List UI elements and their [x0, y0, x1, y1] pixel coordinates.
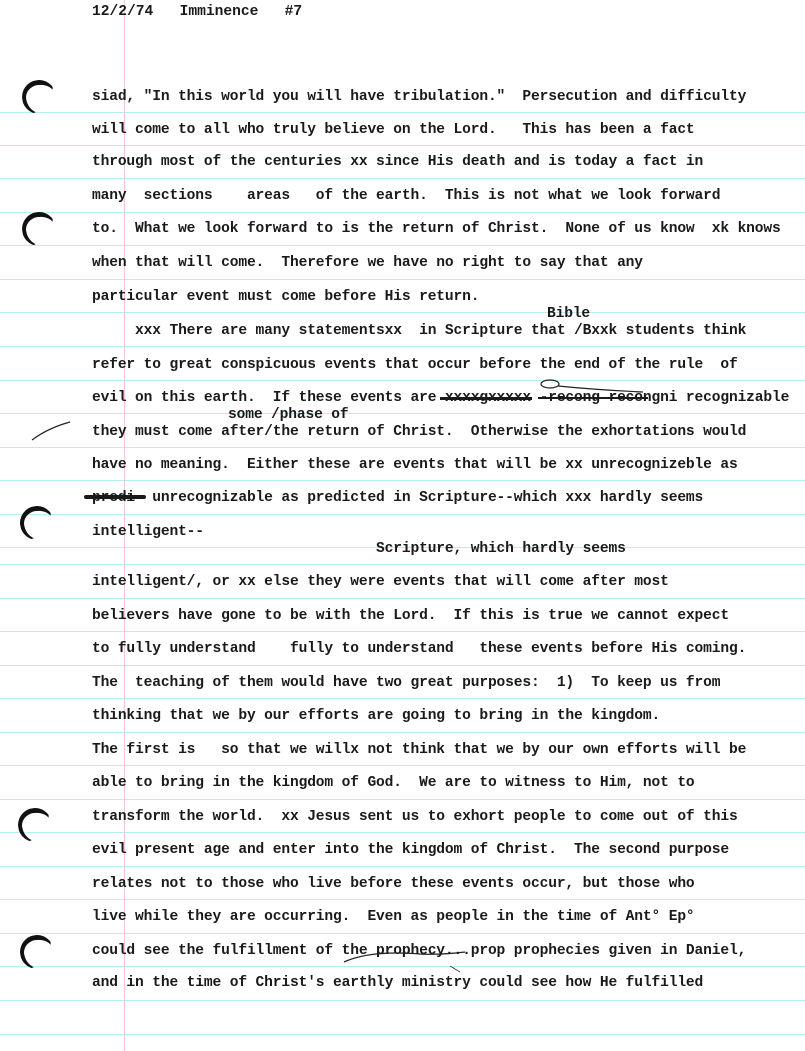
ruled-line	[0, 933, 805, 934]
text-line: transform the world. xx Jesus sent us to…	[92, 809, 738, 825]
text-line: xxx There are many statementsxx in Scrip…	[92, 323, 746, 339]
ruled-line	[0, 765, 805, 766]
ruled-line	[0, 899, 805, 900]
ruled-line	[0, 564, 805, 565]
text-line: Scripture, which hardly seems	[92, 541, 626, 557]
text-line: evil present age and enter into the king…	[92, 842, 729, 858]
ruled-line	[0, 631, 805, 632]
ruled-line	[0, 279, 805, 280]
ruled-line	[0, 112, 805, 113]
insert-some-phase-of: some /phase of	[228, 407, 349, 423]
text-line: believers have gone to be with the Lord.…	[92, 608, 729, 624]
ruled-line	[0, 346, 805, 347]
ruled-line	[0, 413, 805, 414]
ruled-line	[0, 866, 805, 867]
text-line: have no meaning. Either these are events…	[92, 457, 738, 473]
ruled-line	[0, 145, 805, 146]
punch-hole-icon	[17, 503, 56, 542]
text-line: The first is so that we willx not think …	[92, 742, 746, 758]
ruled-line	[0, 665, 805, 666]
ruled-line	[0, 447, 805, 448]
text-line: relates not to those who live before the…	[92, 876, 695, 892]
text-line: The teaching of them would have two grea…	[92, 675, 720, 691]
strikeout-mark	[440, 397, 532, 400]
strikeout-mark	[84, 495, 146, 499]
text-line: to fully understand fully to understand …	[92, 641, 746, 657]
ruled-line	[0, 245, 805, 246]
document-page: 12/2/74 Imminence #7 Bible some /phase o…	[0, 0, 805, 1051]
punch-hole-icon	[15, 805, 54, 844]
ruled-line	[0, 1000, 805, 1001]
punch-hole-icon	[19, 77, 58, 116]
text-line: when that will come. Therefore we have n…	[92, 255, 643, 271]
text-line: to. What we look forward to is the retur…	[92, 221, 781, 237]
text-line: live while they are occurring. Even as p…	[92, 909, 695, 925]
text-line: able to bring in the kingdom of God. We …	[92, 775, 695, 791]
ruled-line	[0, 312, 805, 313]
ruled-line	[0, 799, 805, 800]
ruled-line	[0, 178, 805, 179]
punch-hole-icon	[19, 209, 58, 248]
page-header: 12/2/74 Imminence #7	[92, 4, 302, 20]
scribble-mark-icon	[340, 944, 470, 976]
ruled-line	[0, 598, 805, 599]
text-line: will come to all who truly believe on th…	[92, 122, 695, 138]
ruled-line	[0, 480, 805, 481]
ruled-line	[0, 212, 805, 213]
text-line: they must come after/the return of Chris…	[92, 424, 746, 440]
scribble-mark-icon	[538, 378, 648, 396]
text-line: siad, "In this world you will have tribu…	[92, 89, 746, 105]
text-line: predi unrecognizable as predicted in Scr…	[92, 490, 703, 506]
ruled-line	[0, 1034, 805, 1035]
text-line: particular event must come before His re…	[92, 289, 479, 305]
text-line: many sections areas of the earth. This i…	[92, 188, 720, 204]
text-line: thinking that we by our efforts are goin…	[92, 708, 660, 724]
ruled-line	[0, 514, 805, 515]
ruled-line	[0, 380, 805, 381]
ruled-line	[0, 698, 805, 699]
insert-bible: Bible	[547, 306, 590, 322]
text-line: refer to great conspicuous events that o…	[92, 357, 738, 373]
ruled-line	[0, 732, 805, 733]
text-line: intelligent/, or xx else they were event…	[92, 574, 669, 590]
ruled-line	[0, 832, 805, 833]
text-line: through most of the centuries xx since H…	[92, 154, 703, 170]
text-line: intelligent--	[92, 524, 204, 540]
strikeout-mark	[538, 397, 648, 399]
text-line: and in the time of Christ's earthly mini…	[92, 975, 703, 991]
pen-mark-icon	[30, 420, 72, 444]
